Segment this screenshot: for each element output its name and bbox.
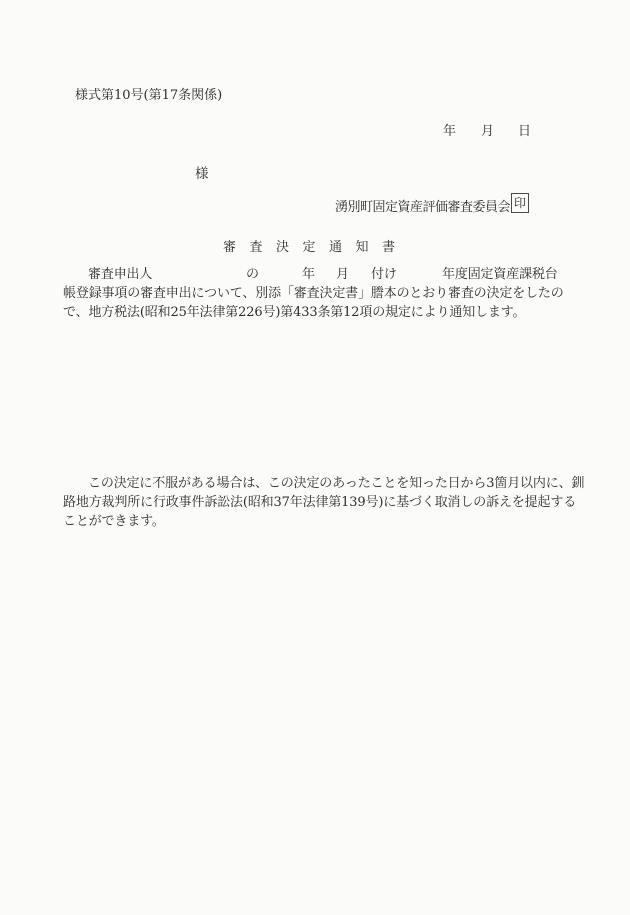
appeal-note-line-3: ことができます。	[63, 513, 570, 532]
form-number: 様式第10号(第17条関係)	[75, 84, 222, 103]
tax-register-label: 年度固定資産課税台	[442, 266, 558, 285]
seal-mark: 印	[514, 197, 526, 209]
committee-name: 湧別町固定資産評価審査委員会	[335, 196, 510, 215]
notification-line-3: で、地方税法(昭和25年法律第226号)第433条第12項の規定により通知します…	[63, 304, 570, 323]
dated-label: 付け	[371, 266, 397, 285]
notification-paragraph: 審査申出人 の 年 月 付け 年度固定資産課税台 帳登録事項の審査申出について、…	[63, 266, 570, 322]
appeal-note-line-2: 路地方裁判所に行政事件訴訟法(昭和37年法律第139号)に基づく取消しの訴えを提…	[63, 494, 570, 513]
appeal-note-line-1: この決定に不服がある場合は、この決定のあったことを知った日から3箇月以内に、釧	[63, 475, 570, 494]
notification-line-2: 帳登録事項の審査申出について、別添「審査決定書」謄本のとおり審査の決定をしたの	[63, 285, 570, 304]
date-day-label: 日	[518, 120, 531, 139]
seal-box: 印	[511, 193, 529, 213]
blank-year-label: 年	[302, 266, 315, 285]
blank-month-label: 月	[336, 266, 349, 285]
document-page: 様式第10号(第17条関係) 年 月 日 様 湧別町固定資産評価審査委員会 印 …	[0, 0, 630, 915]
applicant-label: 審査申出人	[88, 266, 152, 285]
document-title: 審査決定通知書	[223, 236, 409, 255]
addressee-honorific: 様	[195, 162, 209, 182]
notification-line-1: 審査申出人 の 年 月 付け 年度固定資産課税台	[63, 266, 570, 285]
date-year-label: 年	[443, 120, 456, 139]
particle-no: の	[246, 266, 259, 285]
appeal-note-paragraph: この決定に不服がある場合は、この決定のあったことを知った日から3箇月以内に、釧 …	[63, 475, 570, 531]
date-month-label: 月	[481, 120, 494, 139]
